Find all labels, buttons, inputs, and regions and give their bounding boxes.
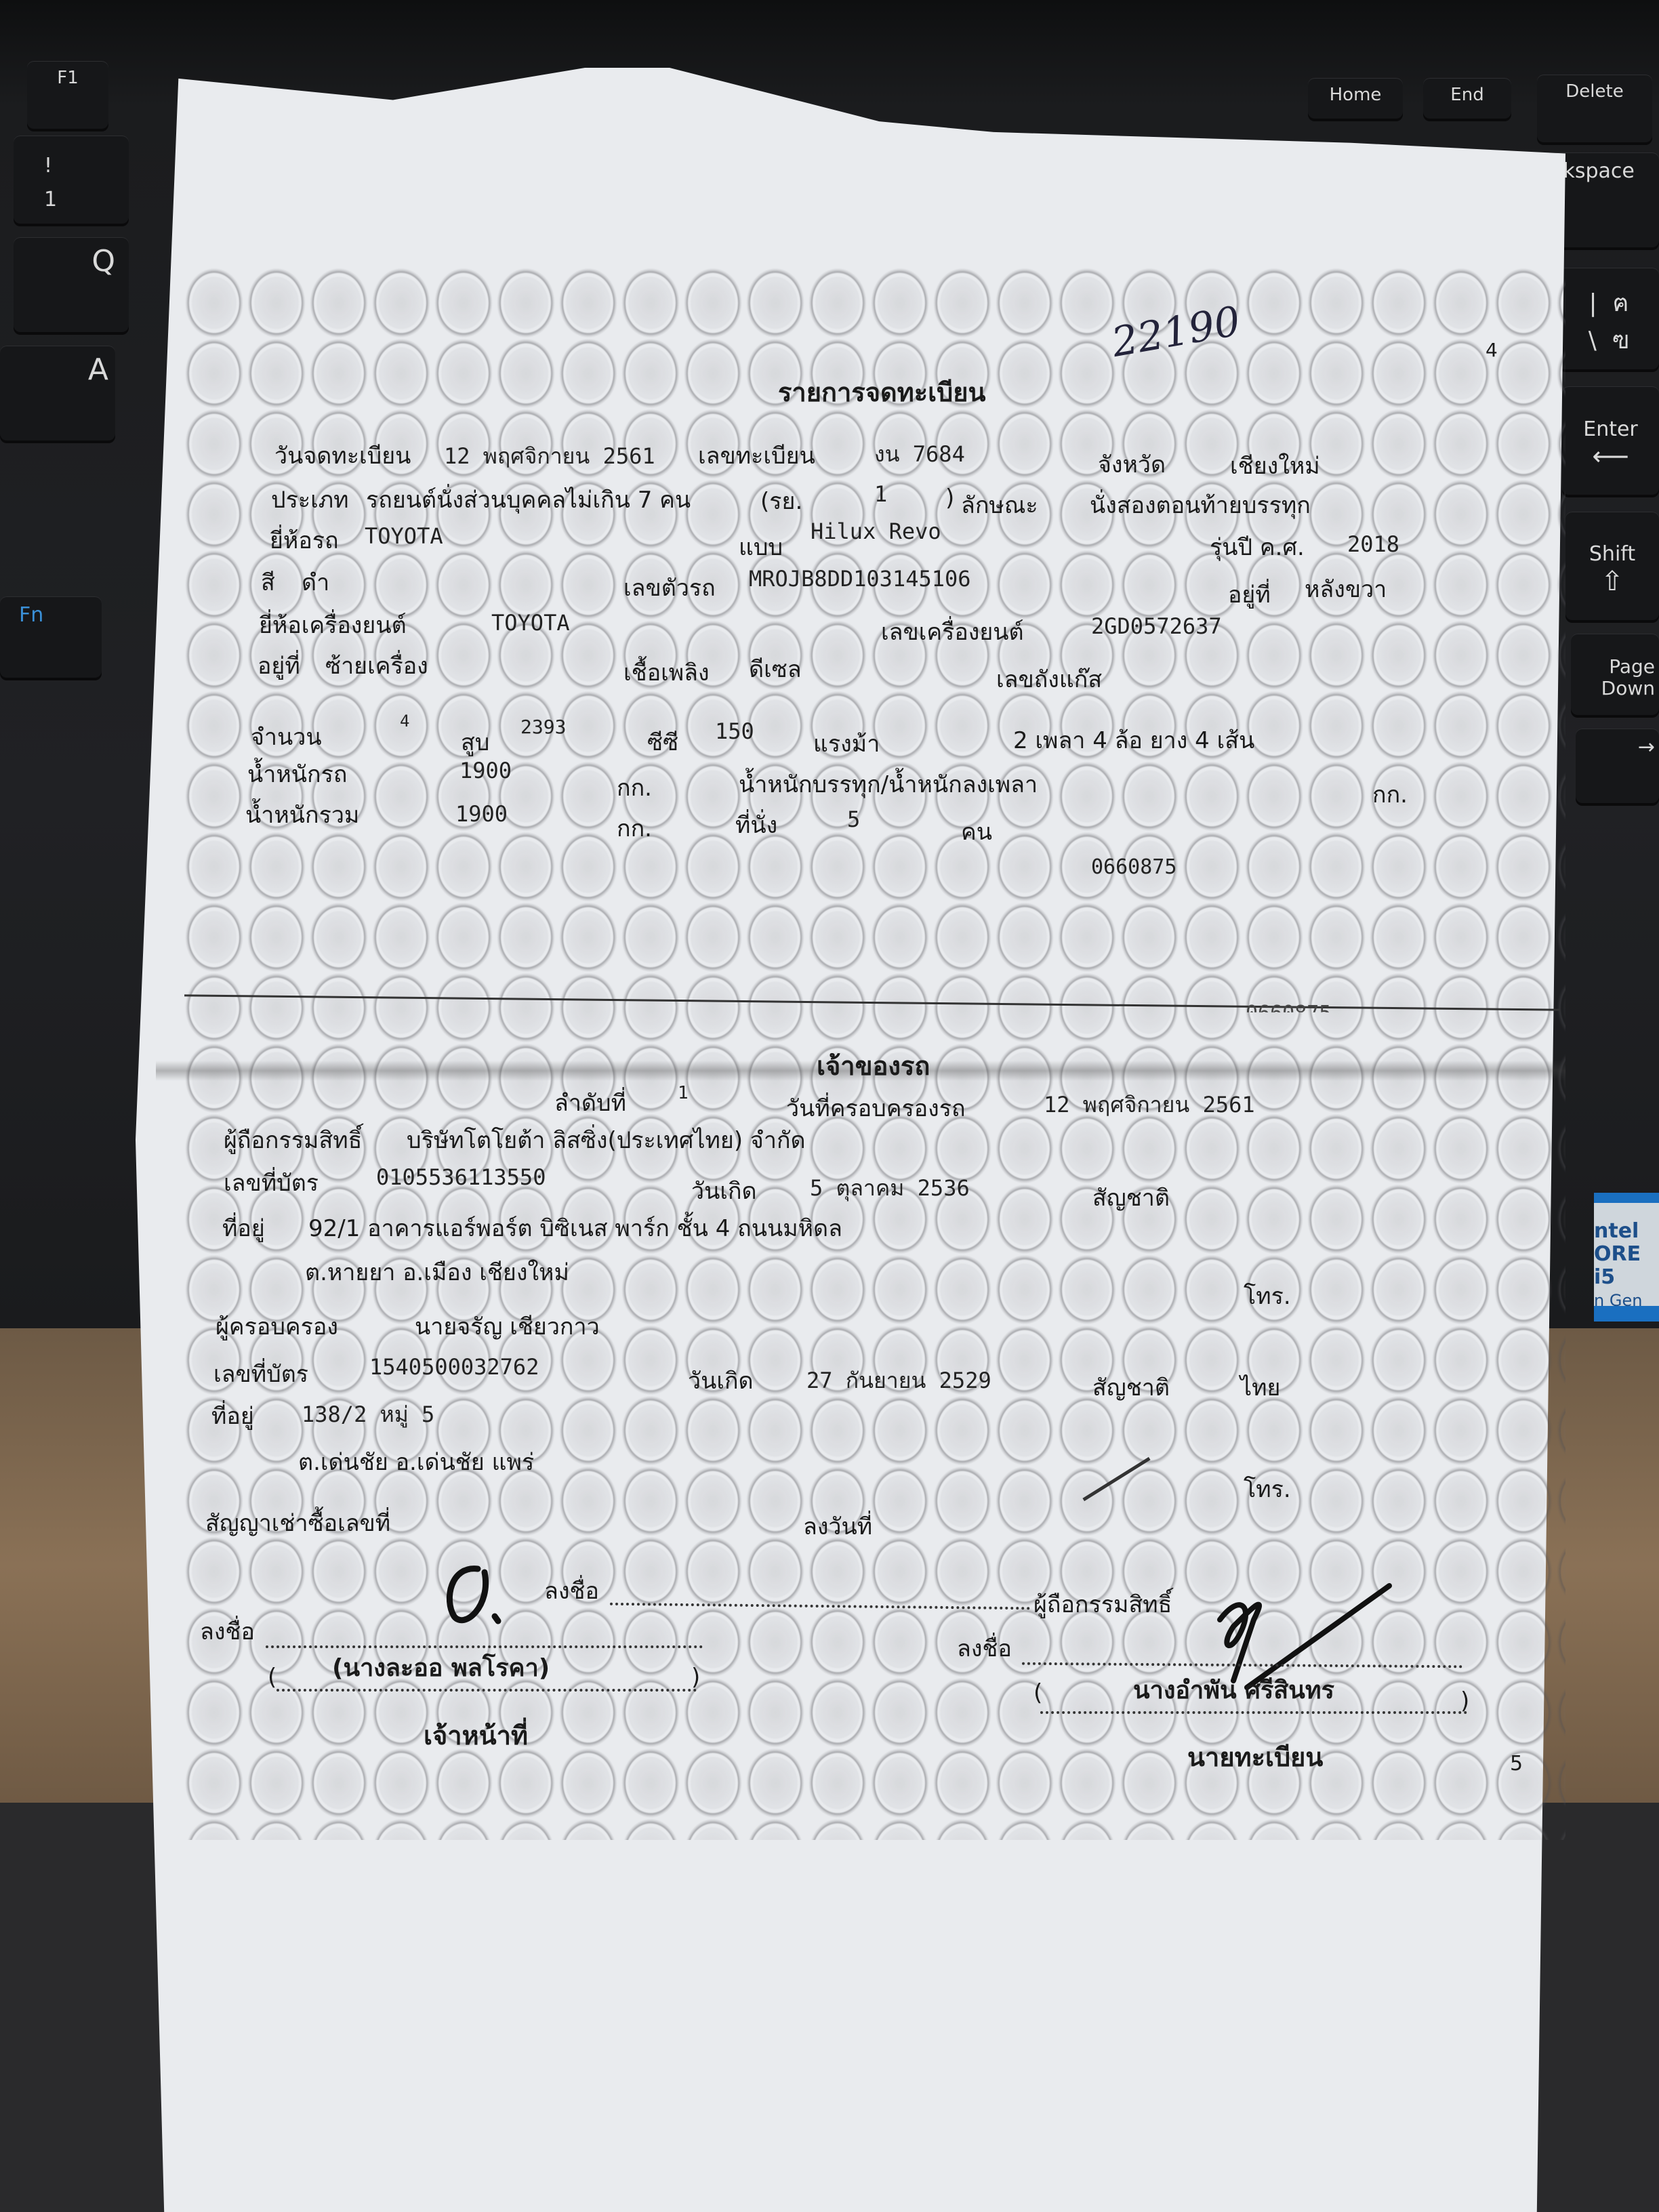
registrar-name-line — [1040, 1711, 1467, 1714]
key-label: Delete — [1565, 81, 1623, 102]
officer-close-paren: ) — [691, 1664, 700, 1691]
possession-date-label: วันที่ครอบครองรถ — [786, 1090, 966, 1126]
type-code-label: (รย. — [760, 483, 802, 519]
engine-brand: TOYOTA — [491, 610, 570, 636]
sticker-model: ORE i5 — [1594, 1243, 1659, 1289]
registrar-role: นายทะเบียน — [1187, 1736, 1323, 1778]
holder-address-line1: 92/1 อาคารแอร์พอร์ต บิซิเนส พาร์ก ชั้น 4… — [308, 1210, 842, 1246]
registrar-open-paren: ( — [1033, 1679, 1042, 1706]
key-f1[interactable]: F1 — [27, 61, 108, 129]
holder-sign-label: ลงชื่อ — [544, 1572, 599, 1609]
possessor-label: ผู้ครอบครอง — [216, 1308, 338, 1345]
model: Hilux Revo — [811, 518, 941, 544]
payload-label: น้ำหนักบรรทุก/น้ำหนักลงเพลา — [739, 766, 1038, 802]
holder-nationality-label: สัญชาติ — [1092, 1179, 1170, 1216]
seats-label: ที่นั่ง — [735, 806, 777, 843]
hp-label: แรงม้า — [813, 725, 880, 762]
model-year: 2018 — [1347, 531, 1399, 557]
seats: 5 — [847, 806, 860, 832]
enter-arrow-icon: ⟵ — [1592, 441, 1629, 471]
holder-dob: 5 ตุลาคม 2536 — [810, 1171, 970, 1206]
sequence-label: ลำดับที่ — [554, 1084, 626, 1121]
vehicle-type: รถยนต์นั่งส่วนบุคคลไม่เกิน 7 คน — [366, 481, 691, 518]
sequence-number: 1 — [678, 1083, 689, 1103]
key-label: A — [88, 352, 108, 387]
form-serial: 0660875 — [1091, 855, 1176, 879]
possessor-address-line2: ต.เด่นชัย อ.เด่นชัย แพร่ — [298, 1443, 534, 1480]
chassis-loc-label: อยู่ที่ — [1228, 576, 1271, 613]
holder-id-label: เลขที่บัตร — [224, 1164, 319, 1201]
cylinders: 4 — [400, 712, 409, 731]
brand-label: ยี่ห้อรถ — [270, 522, 339, 558]
key-page-down[interactable]: Page Down — [1571, 634, 1659, 715]
count-label: จำนวน — [251, 718, 322, 755]
possessor-tel-label: โทร. — [1244, 1471, 1291, 1507]
style-label: ลักษณะ — [961, 487, 1038, 523]
axles-wheels: 2 เพลา 4 ล้อ ยาง 4 เส้น — [1013, 722, 1254, 758]
key-backslash[interactable]: | ฅ \ ฃ — [1559, 268, 1659, 369]
contract-label: สัญญาเช่าซื้อเลขที่ — [205, 1504, 390, 1541]
horsepower: 150 — [715, 718, 754, 744]
possessor-name: นายจรัญ เชียวกาว — [415, 1308, 600, 1345]
key-backspace[interactable]: ckspace — [1552, 152, 1659, 247]
holder-tel-label: โทร. — [1244, 1277, 1291, 1314]
holder-label: ผู้ถือกรรมสิทธิ์ — [224, 1122, 362, 1158]
plate-number: งน 7684 — [874, 437, 965, 472]
weight-unit: กก. — [617, 769, 652, 806]
key-fn[interactable]: Fn — [0, 596, 102, 678]
fuel-label: เชื้อเพลิง — [623, 654, 710, 691]
brand: TOYOTA — [365, 523, 443, 549]
holder-dob-label: วันเกิด — [691, 1172, 757, 1209]
sticker-brand: ntel — [1594, 1220, 1659, 1243]
sticker-gen: n Gen — [1594, 1289, 1659, 1312]
key-label: F1 — [57, 68, 79, 88]
gross-weight-unit: กก. — [617, 810, 652, 846]
key-label: Page Down — [1580, 656, 1655, 699]
officer-open-paren: ( — [268, 1664, 276, 1691]
officer-name-line — [276, 1689, 697, 1692]
key-label: Q — [91, 244, 115, 279]
key-label: ฃ — [1612, 327, 1630, 354]
possessor-dob-label: วันเกิด — [688, 1362, 754, 1399]
gross-weight-label: น้ำหนักรวม — [245, 796, 359, 833]
officer-name: (นางละออ พลโรคา) — [332, 1648, 550, 1687]
engine-location: ซ้ายเครื่อง — [325, 647, 428, 684]
page-number-bottom: 5 — [1510, 1752, 1523, 1776]
key-label: End — [1450, 85, 1483, 105]
seats-unit: คน — [961, 813, 992, 850]
shift-arrow-icon: ⇧ — [1601, 566, 1624, 597]
holder-name: บริษัทโตโยต้า ลิสซิ่ง(ประเทศไทย) จำกัด — [407, 1122, 806, 1158]
cc-label: ซีซี — [647, 724, 678, 760]
key-enter[interactable]: Enter ⟵ — [1562, 386, 1659, 495]
key-shift[interactable]: Shift ⇧ — [1565, 512, 1659, 620]
intel-sticker: ntel ORE i5 n Gen — [1594, 1193, 1659, 1322]
vehicle-color: ดำ — [302, 564, 329, 600]
key-q[interactable]: Q — [14, 237, 129, 332]
gross-weight: 1900 — [455, 801, 508, 827]
possessor-nationality-label: สัญชาติ — [1092, 1369, 1170, 1406]
officer-role: เจ้าหน้าที่ — [424, 1715, 528, 1756]
holder-signature — [430, 1559, 518, 1636]
key-label: Enter — [1583, 417, 1638, 441]
key-label: → — [1638, 735, 1655, 759]
engine-cc: 2393 — [520, 716, 566, 738]
key-delete[interactable]: Delete — [1537, 75, 1652, 142]
cylinder-label: สูบ — [461, 724, 489, 760]
color-label: สี — [261, 564, 275, 600]
holder-address-line2: ต.หายยา อ.เมือง เชียงใหม่ — [305, 1254, 569, 1290]
key-a[interactable]: A — [0, 346, 115, 441]
key-end[interactable]: End — [1423, 78, 1511, 119]
fuel-type: ดีเซล — [749, 651, 802, 687]
reg-date: 12 พฤศจิกายน 2561 — [444, 439, 655, 474]
key-label: \ — [1589, 327, 1597, 354]
engine-loc-label: อยู่ที่ — [258, 647, 300, 684]
reg-date-label: วันจดทะเบียน — [274, 437, 411, 474]
key-label: | — [1589, 289, 1597, 317]
page-number-top: 4 — [1486, 339, 1498, 361]
possessor-id-label: เลขที่บัตร — [213, 1355, 308, 1392]
section-title-owner: เจ้าของรถ — [817, 1045, 930, 1086]
key-label: Fn — [19, 603, 43, 627]
engine-brand-label: ยี่ห้อเครื่องยนต์ — [259, 607, 407, 643]
key-label: ฅ — [1612, 289, 1629, 317]
contract-date-label: ลงวันที่ — [803, 1508, 872, 1544]
chassis-label: เลขตัวรถ — [623, 569, 716, 606]
key-label: Shift — [1589, 542, 1635, 566]
holder-id: 0105536113550 — [376, 1164, 546, 1190]
chassis-number: MROJB8DD103145106 — [749, 566, 971, 592]
key-label: Home — [1330, 85, 1382, 105]
plate-label: เลขทะเบียน — [698, 437, 815, 474]
payload-unit: กก. — [1372, 776, 1408, 813]
type-label: ประเภท — [271, 481, 349, 518]
possession-date: 12 พฤศจิกายน 2561 — [1044, 1088, 1255, 1122]
registrar-sign-label: ลงชื่อ — [957, 1630, 1012, 1666]
model-label: แบบ — [739, 529, 783, 565]
engine-number-label: เลขเครื่องยนต์ — [881, 613, 1024, 650]
holder-sign-role: ผู้ถือกรรมสิทธิ์ — [1033, 1586, 1172, 1622]
possessor-address-line1: 138/2 หมู่ 5 — [302, 1397, 434, 1432]
possessor-dob: 27 กันยายน 2529 — [806, 1364, 991, 1398]
vehicle-weight: 1900 — [459, 758, 512, 783]
gas-tank-label: เลขถังแก๊ส — [996, 661, 1102, 697]
possessor-address-label: ที่อยู่ — [211, 1397, 254, 1434]
type-code: 1 — [874, 481, 887, 507]
possessor-id: 1540500032762 — [369, 1354, 539, 1380]
registrar-close-paren: ) — [1460, 1687, 1469, 1715]
engine-number: 2GD0572637 — [1091, 613, 1222, 639]
weight-label: น้ำหนักรถ — [247, 756, 347, 792]
key-1[interactable]: ! 1 — [14, 136, 129, 224]
key-arrow-right[interactable]: → — [1576, 729, 1659, 803]
chassis-location: หลังขวา — [1305, 571, 1387, 607]
section-title-registration: รายการจดทะเบียน — [778, 371, 986, 413]
registrar-name: นางอำพัน ศรีสินทร — [1133, 1671, 1334, 1709]
officer-sign-label: ลงชื่อ — [200, 1613, 255, 1650]
possessor-nationality: ไทย — [1240, 1369, 1280, 1406]
vehicle-style: นั่งสองตอนท้ายบรรทุก — [1090, 487, 1311, 523]
holder-address-label: ที่อยู่ — [222, 1210, 265, 1246]
key-label: 1 — [44, 183, 57, 217]
type-code-close: ) — [945, 485, 954, 512]
province: เชียงใหม่ — [1230, 447, 1320, 484]
key-label: ! — [44, 149, 52, 183]
year-label: รุ่นปี ค.ศ. — [1210, 529, 1305, 565]
key-home[interactable]: Home — [1308, 78, 1403, 119]
province-label: จังหวัด — [1098, 446, 1166, 483]
